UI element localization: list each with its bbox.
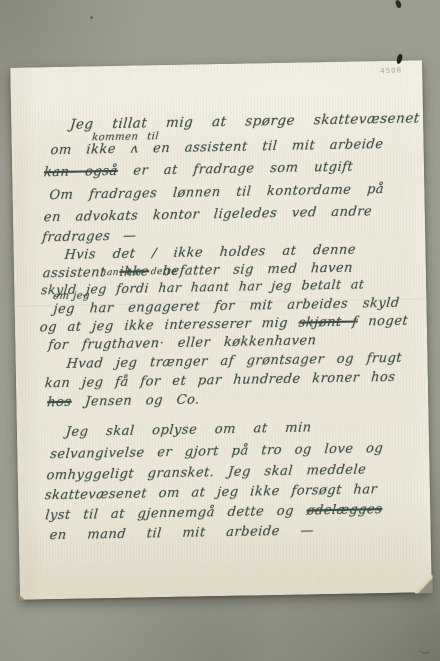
text-segment: kan jeg få for et par hundrede kroner ho… bbox=[44, 370, 396, 391]
struck-text: skjønt f bbox=[298, 314, 358, 330]
text-segment: Jeg skal oplyse om at min bbox=[65, 420, 312, 440]
text-segment: noget bbox=[357, 314, 409, 330]
text-segment: Jensen og Co. bbox=[71, 392, 201, 409]
dog-ear-fold bbox=[415, 575, 433, 593]
letter-paper: 4508 Jeg tillat mig at spørge skattevæse… bbox=[10, 60, 432, 599]
text-segment: om jeg bbox=[52, 290, 90, 302]
handwritten-line: fradrages — bbox=[41, 229, 137, 247]
handwritten-line: selvangivelse er gjort på tro og love og bbox=[49, 441, 383, 463]
interlinear-insertion: om jeg bbox=[52, 290, 90, 302]
handwritten-line: omhyggeligt gransket. Jeg skal meddele bbox=[46, 462, 367, 484]
handwritten-line: en advokats kontor ligeledes ved andre bbox=[43, 204, 373, 226]
text-segment: Hvad jeg trænger af grøntsager og frugt bbox=[66, 351, 403, 372]
struck-text: ødelægges bbox=[306, 502, 383, 518]
text-segment: Jeg tillat mig at spørge skattevæsenet bbox=[69, 110, 420, 132]
archive-number: 4508 bbox=[380, 66, 402, 75]
text-segment: Hvis det / ikke holdes at denne bbox=[64, 243, 357, 263]
handwritten-line: skattevæsenet om at jeg ikke forsøgt har bbox=[44, 482, 378, 504]
text-segment: Om fradrages lønnen til kontordame på bbox=[49, 182, 385, 203]
text-segment: og at jeg ikke interesserer mig bbox=[39, 316, 299, 336]
handwritten-line: Hvad jeg trænger af grøntsager og frugt bbox=[66, 351, 403, 373]
bottom-left-corner-nick bbox=[19, 593, 27, 601]
text-segment: en mand til mit arbeide — bbox=[49, 523, 315, 543]
text-segment: han har dette bbox=[100, 267, 177, 278]
handwritten-line: Jeg skal oplyse om at min bbox=[65, 420, 312, 441]
handwritten-line: hos Jensen og Co. bbox=[46, 392, 200, 411]
struck-text: kan også bbox=[43, 164, 118, 180]
handwritten-line: kan jeg få for et par hundrede kroner ho… bbox=[44, 370, 396, 392]
text-segment: selvangivelse er gjort på tro og love og bbox=[49, 441, 383, 462]
photo-backdrop: 4508 Jeg tillat mig at spørge skattevæse… bbox=[0, 0, 440, 661]
text-segment: fradrages — bbox=[42, 229, 138, 246]
handwritten-line: Om fradrages lønnen til kontordame på bbox=[49, 182, 385, 204]
backdrop-speck bbox=[90, 16, 93, 19]
backdrop-speck bbox=[395, 0, 402, 9]
struck-text: hos bbox=[47, 395, 73, 410]
handwritten-line: for frugthaven· eller køkkenhaven bbox=[47, 333, 317, 354]
handwritten-line: en mand til mit arbeide — bbox=[49, 523, 315, 544]
text-segment: for frugthaven· eller køkkenhaven bbox=[48, 333, 318, 353]
text-segment: lyst til at gjennemgå dette og bbox=[45, 503, 308, 523]
text-segment: omhyggeligt gransket. Jeg skal meddele bbox=[46, 462, 367, 483]
handwritten-line: kan også er at fradrage som utgift bbox=[43, 160, 354, 182]
handwritten-line: lyst til at gjennemgå dette og ødelægges bbox=[45, 502, 383, 524]
text-segment: er at fradrage som utgift bbox=[117, 160, 354, 179]
text-segment: en advokats kontor ligeledes ved andre bbox=[43, 204, 373, 225]
handwritten-line: Jeg tillat mig at spørge skattevæsenet bbox=[69, 110, 420, 132]
interlinear-insertion: han har dette bbox=[100, 267, 177, 279]
text-segment: skattevæsenet om at jeg ikke forsøgt har bbox=[44, 482, 378, 503]
backdrop-scratch bbox=[420, 646, 432, 654]
